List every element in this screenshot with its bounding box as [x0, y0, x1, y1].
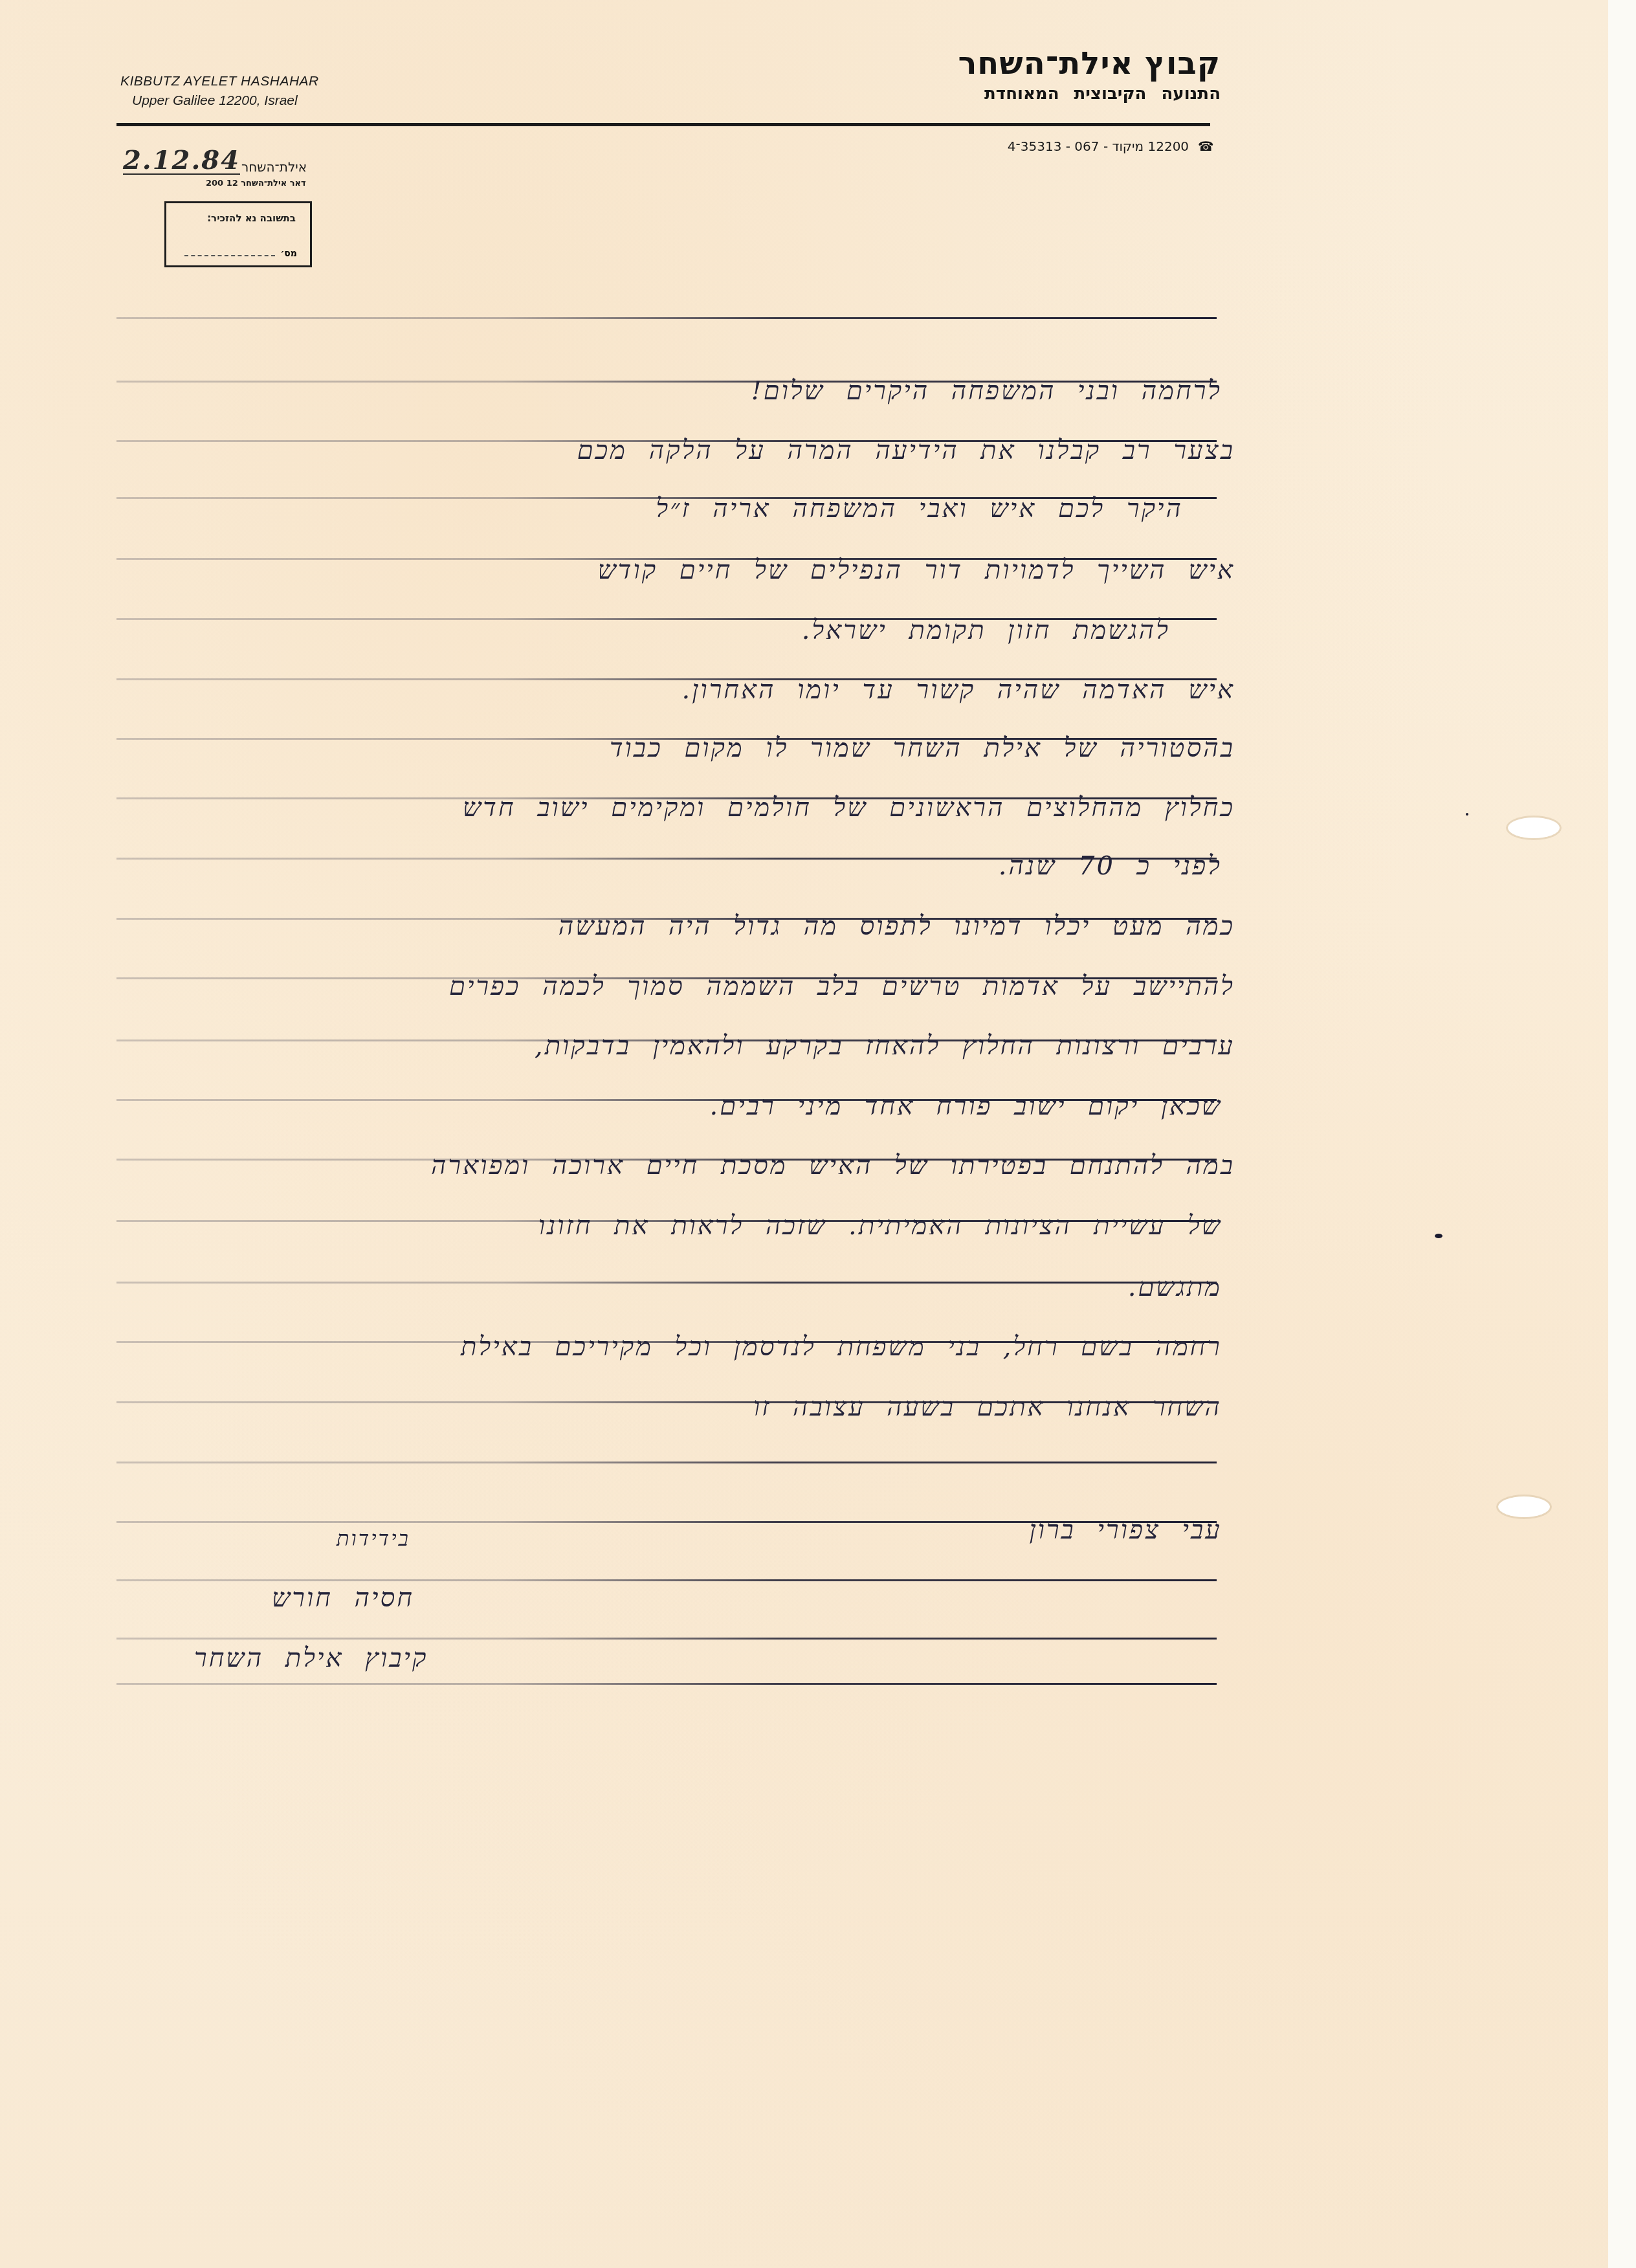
- signature-2: חסיה חורש: [272, 1583, 414, 1613]
- reply-reference-label: בתשובה נא להזכיר:: [207, 212, 296, 224]
- kibbutz-address-english: Upper Galilee 12200, Israel: [120, 93, 319, 109]
- letterhead-phone: ☎ 12200 מיקוד - 067 - 35313־4: [1008, 139, 1214, 154]
- letter-line: להתיישב על אדמות טרשים בלב השממה סמוך לכ…: [449, 971, 1235, 1001]
- letter-line: כמה מעט יכלו דמיונו לתפוס מה גדול היה המ…: [558, 911, 1235, 941]
- letter-line: רחמה בשם רחל, בני משפחת לנדסמן וכל מקירי…: [461, 1331, 1222, 1362]
- letter-line: איש השייך לדמויות דור הנפילים של חיים קו…: [598, 555, 1235, 585]
- letterhead-hebrew: קבוץ אילת־השחר התנועה הקיבוצית המאוחדת: [958, 45, 1221, 104]
- ink-speck: [1466, 813, 1468, 816]
- sender-place: אילת־השחר: [241, 159, 307, 175]
- signature-3: קיבוץ אילת השחר: [194, 1643, 428, 1673]
- letter-line: של עשיית הציונות האמיתית. שזכה לראות את …: [538, 1210, 1222, 1241]
- punch-hole-bottom: [1498, 1496, 1550, 1517]
- letter-line: במה להתנחם בפטירתו של האיש מסכת חיים ארו…: [431, 1150, 1235, 1181]
- letter-line: לרחמה ובני המשפחה היקרים שלום!: [751, 375, 1222, 406]
- reference-number-label: מס׳: [280, 249, 297, 259]
- letter-line: כחלוץ מהחלוצים הראשונים של חולמים ומקימי…: [463, 792, 1235, 823]
- letter-line: ערבים ורצונות החלוץ להאחז בקרקע ולהאמין …: [535, 1030, 1235, 1061]
- ruled-line: [116, 1579, 1217, 1581]
- letter-line: שכאן יקום ישוב פורח אחד מיני רבים.: [710, 1091, 1222, 1121]
- kibbutz-name-english: KIBBUTZ AYELET HASHAHAR: [120, 74, 319, 89]
- reference-number-blank: [184, 255, 275, 256]
- phone-line: 12200 מיקוד - 067 - 35313־4: [1008, 139, 1189, 154]
- letter-line: בצער רב קבלנו את הידיעה המרה על הלקה מכם: [577, 435, 1235, 465]
- reply-reference-field: מס׳: [184, 249, 297, 259]
- letter-line: היקר לכם איש ואבי המשפחה אריה ז״ל: [656, 493, 1183, 524]
- letter-line: בהסטוריה של אילת השחר שמור לו מקום כבוד: [610, 733, 1235, 763]
- letter-line: איש האדמה שהיה קשור עד יומו האחרון.: [682, 674, 1235, 705]
- ruled-line: [116, 1683, 1217, 1685]
- ink-speck: [1435, 1234, 1443, 1238]
- ruled-line: [116, 317, 1217, 319]
- letter-paper: [0, 0, 1608, 2268]
- postal-address: דאר אילת־השחר 12 200: [206, 179, 306, 188]
- telephone-icon: ☎: [1198, 139, 1214, 154]
- date-block: 2.12.84 אילת־השחר: [123, 148, 307, 175]
- letter-line: לפני כ 70 שנה.: [999, 850, 1222, 881]
- scan-margin: [1608, 0, 1636, 2268]
- letter-line: מתגשם.: [1128, 1272, 1222, 1302]
- letterhead-rule: [116, 123, 1210, 126]
- signature-1: עבי צפורי ברון: [1030, 1515, 1222, 1545]
- ruled-line: [116, 1282, 1217, 1284]
- closing-salutation: בידידות: [337, 1526, 410, 1551]
- letter-line: השחר אנחנו אתכם בשעה עצובה זו: [753, 1392, 1222, 1422]
- reply-reference-box: בתשובה נא להזכיר: מס׳: [164, 201, 312, 267]
- ruled-line: [116, 1462, 1217, 1463]
- kibbutz-name-hebrew: קבוץ אילת־השחר: [958, 45, 1221, 82]
- letterhead-english: KIBBUTZ AYELET HASHAHAR Upper Galilee 12…: [120, 74, 319, 109]
- punch-hole-top: [1508, 817, 1560, 838]
- ruled-line: [116, 1638, 1217, 1640]
- movement-name-hebrew: התנועה הקיבוצית המאוחדת: [958, 84, 1221, 104]
- letter-line: להגשמת חזון תקומת ישראל.: [802, 615, 1170, 645]
- letter-date: 2.12.84: [123, 148, 240, 175]
